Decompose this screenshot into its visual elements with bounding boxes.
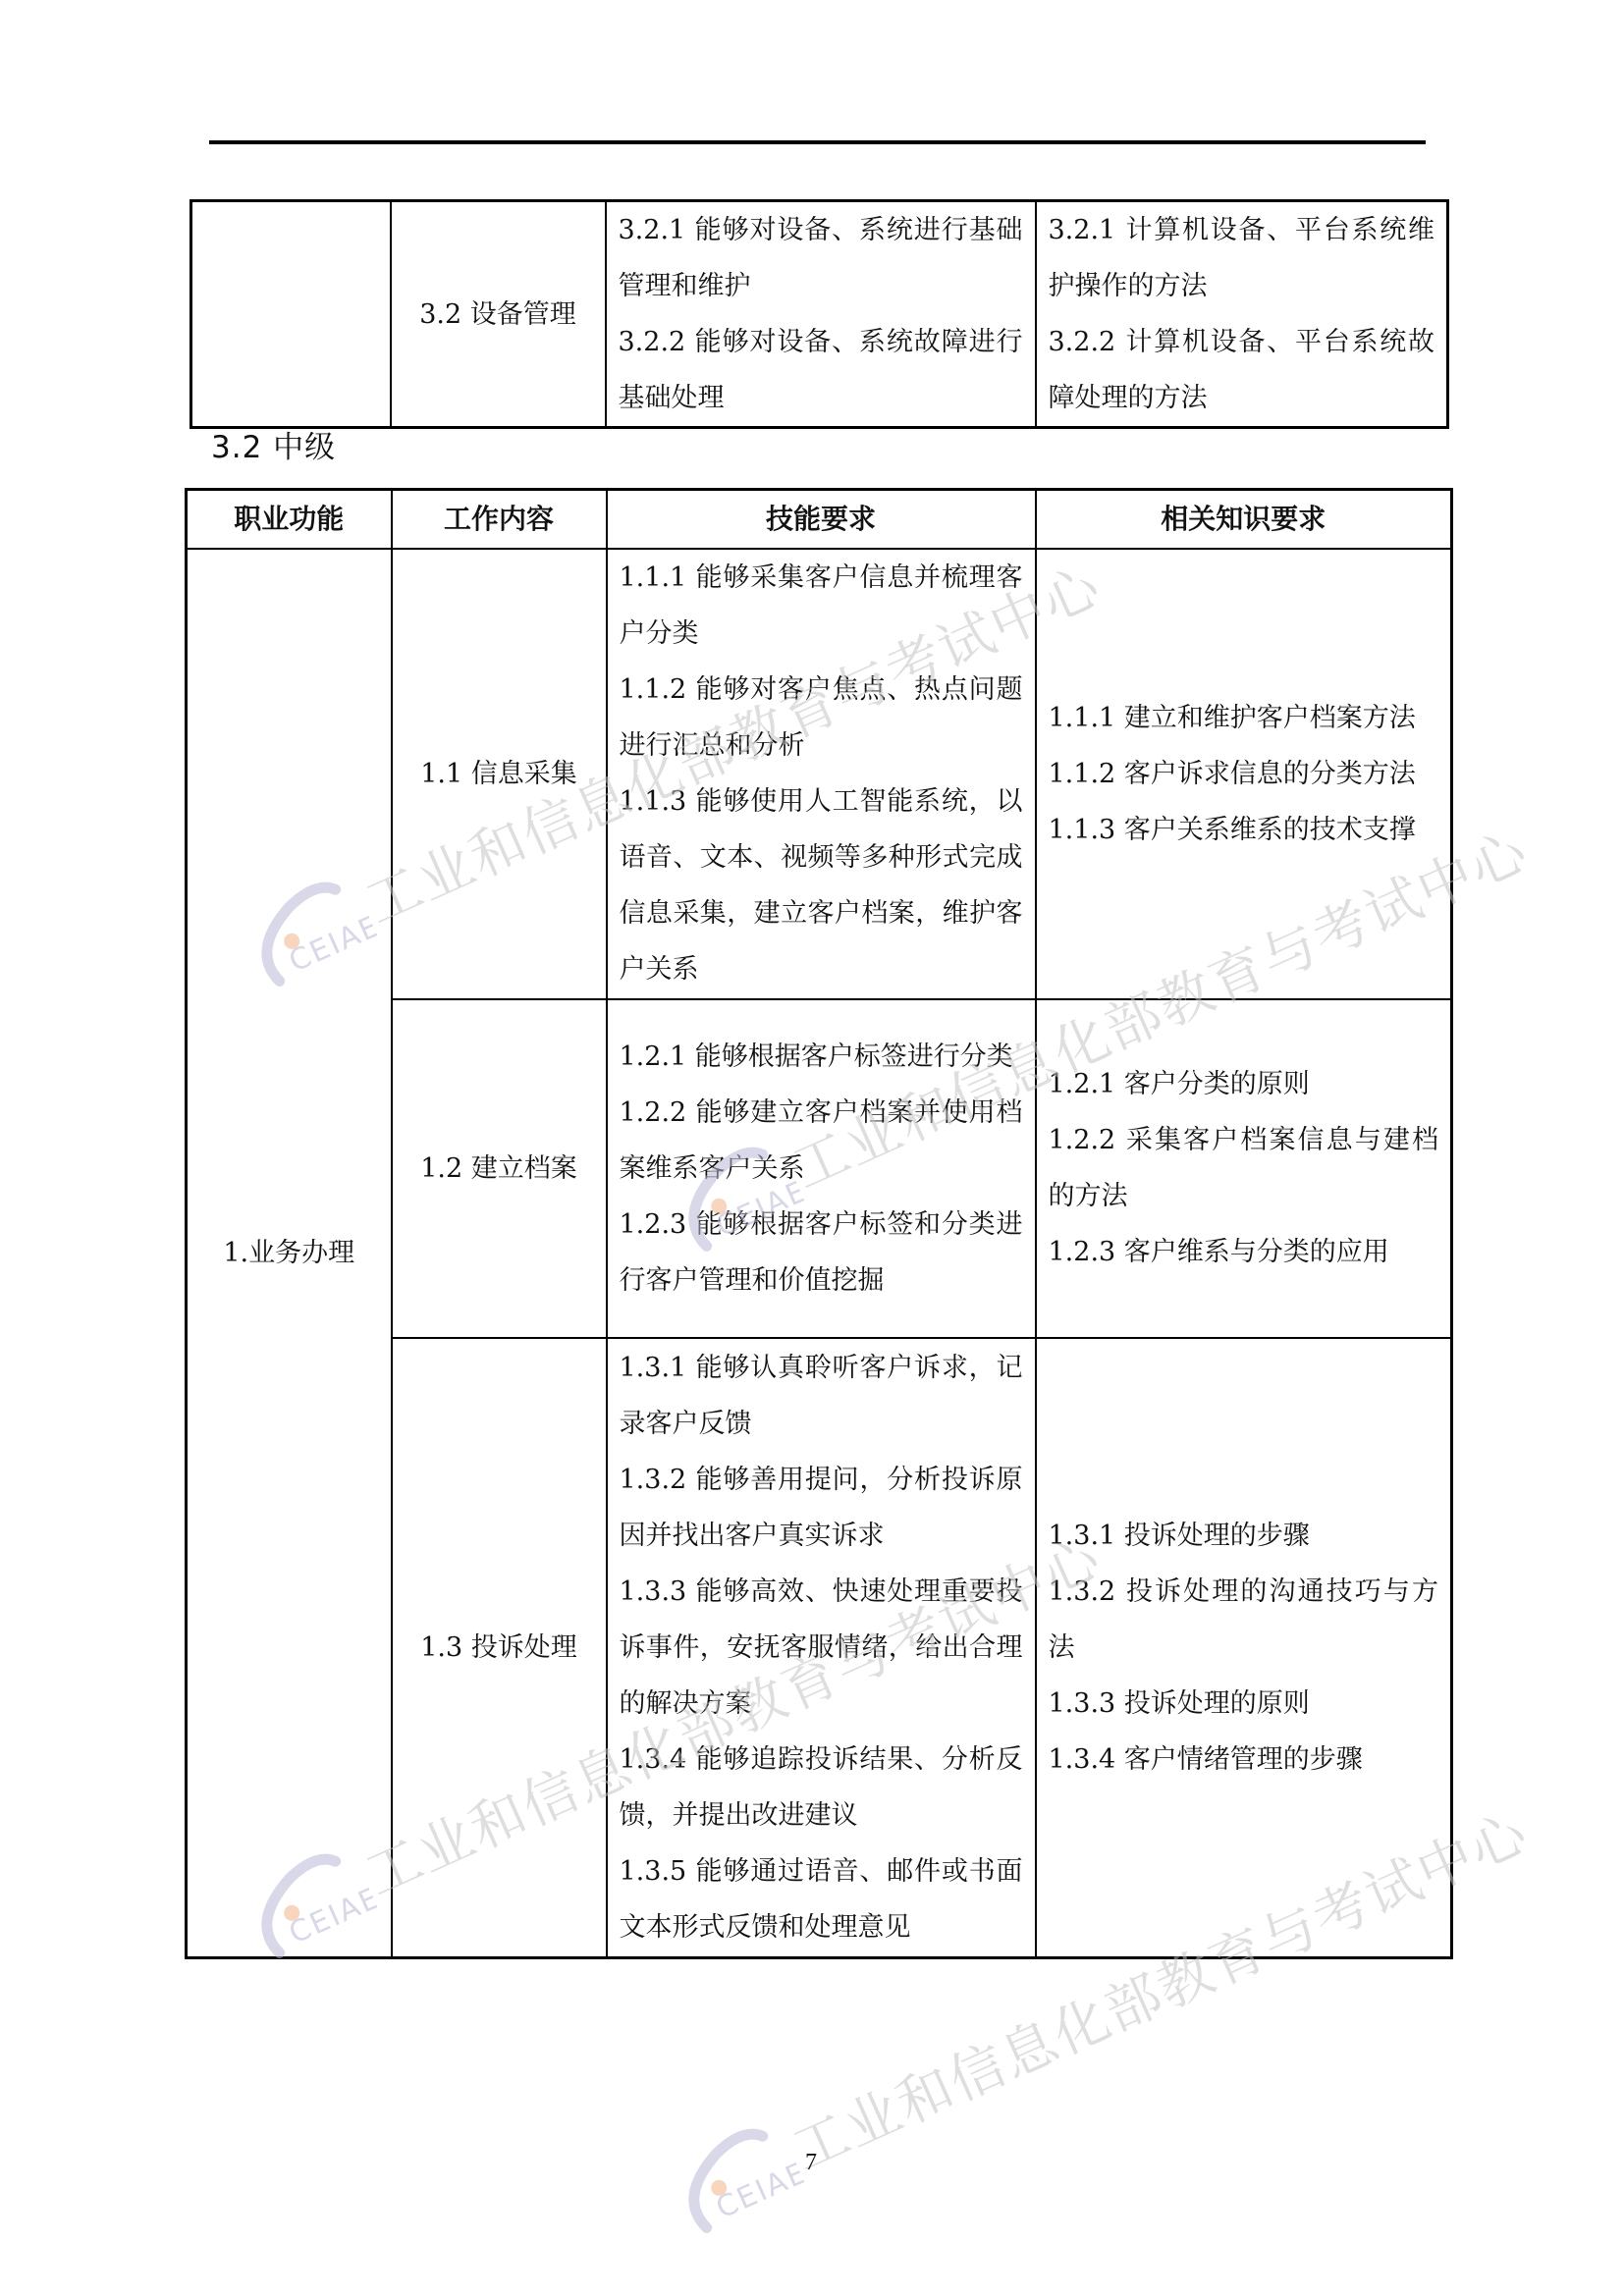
knowledge-item: 1.3.1 投诉处理的步骤: [1049, 1508, 1439, 1564]
skill-item: 1.3.2 能够善用提问，分析投诉原因并找出客户真实诉求: [620, 1452, 1023, 1564]
knowledge-item: 3.2.2 计算机设备、平台系统故障处理的方法: [1049, 314, 1435, 426]
table-header-row: 职业功能 工作内容 技能要求 相关知识要求: [187, 490, 1452, 549]
header-rule: [209, 140, 1426, 144]
function-cell: [191, 201, 391, 428]
knowledge-cell: 1.3.1 投诉处理的步骤 1.3.2 投诉处理的沟通技巧与方法 1.3.3 投…: [1036, 1338, 1452, 1958]
skill-item: 1.1.2 能够对客户焦点、热点问题进行汇总和分析: [620, 662, 1023, 774]
svg-text:CEIAEC: CEIAEC: [711, 2146, 809, 2225]
skills-cell: 1.1.1 能够采集客户信息并梳理客户分类 1.1.2 能够对客户焦点、热点问题…: [607, 549, 1036, 999]
work-content-cell: 1.2 建立档案: [392, 999, 607, 1338]
header-knowledge: 相关知识要求: [1036, 490, 1452, 549]
skill-item: 1.2.3 能够根据客户标签和分类进行客户管理和价值挖掘: [620, 1197, 1023, 1308]
skill-item: 1.3.5 能够通过语音、邮件或书面文本形式反馈和处理意见: [620, 1843, 1023, 1955]
function-cell: 1.业务办理: [187, 549, 392, 1958]
work-content-cell: 1.1 信息采集: [392, 549, 607, 999]
ceiaec-logo-icon: CEIAEC: [657, 2112, 815, 2258]
page-number: 7: [805, 2150, 817, 2176]
skills-cell: 1.2.1 能够根据客户标签进行分类 1.2.2 能够建立客户档案并使用档案维系…: [607, 999, 1036, 1338]
knowledge-item: 1.3.2 投诉处理的沟通技巧与方法: [1049, 1564, 1439, 1676]
header-skills: 技能要求: [607, 490, 1036, 549]
skill-item: 1.3.3 能够高效、快速处理重要投诉事件，安抚客服情绪，给出合理的解决方案: [620, 1564, 1023, 1732]
table-row: 3.2 设备管理 3.2.1 能够对设备、系统进行基础管理和维护 3.2.2 能…: [191, 201, 1448, 428]
work-content-cell: 3.2 设备管理: [391, 201, 606, 428]
knowledge-item: 1.2.1 客户分类的原则: [1049, 1056, 1439, 1112]
previous-level-table: 3.2 设备管理 3.2.1 能够对设备、系统进行基础管理和维护 3.2.2 能…: [189, 199, 1449, 429]
knowledge-item: 1.1.1 建立和维护客户档案方法: [1049, 690, 1439, 746]
knowledge-cell: 1.1.1 建立和维护客户档案方法 1.1.2 客户诉求信息的分类方法 1.1.…: [1036, 549, 1452, 999]
skills-cell: 3.2.1 能够对设备、系统进行基础管理和维护 3.2.2 能够对设备、系统故障…: [606, 201, 1036, 428]
skills-cell: 1.3.1 能够认真聆听客户诉求，记录客户反馈 1.3.2 能够善用提问，分析投…: [607, 1338, 1036, 1958]
knowledge-item: 1.1.2 客户诉求信息的分类方法: [1049, 746, 1439, 802]
knowledge-item: 1.3.3 投诉处理的原则: [1049, 1676, 1439, 1732]
skill-item: 1.3.4 能够追踪投诉结果、分析反馈，并提出改进建议: [620, 1732, 1023, 1843]
skill-item: 1.2.2 能够建立客户档案并使用档案维系客户关系: [620, 1085, 1023, 1197]
skill-item: 1.3.1 能够认真聆听客户诉求，记录客户反馈: [620, 1340, 1023, 1452]
header-function: 职业功能: [187, 490, 392, 549]
knowledge-item: 1.3.4 客户情绪管理的步骤: [1049, 1732, 1439, 1788]
skill-item: 1.1.1 能够采集客户信息并梳理客户分类: [620, 550, 1023, 662]
skill-item: 1.2.1 能够根据客户标签进行分类: [620, 1029, 1023, 1085]
skill-item: 3.2.1 能够对设备、系统进行基础管理和维护: [619, 202, 1023, 314]
work-content-cell: 1.3 投诉处理: [392, 1338, 607, 1958]
knowledge-item: 1.1.3 客户关系维系的技术支撑: [1049, 802, 1439, 858]
knowledge-item: 1.2.2 采集客户档案信息与建档的方法: [1049, 1112, 1439, 1224]
skill-item: 3.2.2 能够对设备、系统故障进行基础处理: [619, 314, 1023, 426]
knowledge-item: 3.2.1 计算机设备、平台系统维护操作的方法: [1049, 202, 1435, 314]
knowledge-cell: 1.2.1 客户分类的原则 1.2.2 采集客户档案信息与建档的方法 1.2.3…: [1036, 999, 1452, 1338]
section-heading: 3.2 中级: [211, 422, 336, 466]
skill-item: 1.1.3 能够使用人工智能系统，以语音、文本、视频等多种形式完成信息采集，建立…: [620, 774, 1023, 997]
header-work-content: 工作内容: [392, 490, 607, 549]
knowledge-item: 1.2.3 客户维系与分类的应用: [1049, 1224, 1439, 1280]
table-row: 1.业务办理 1.1 信息采集 1.1.1 能够采集客户信息并梳理客户分类 1.…: [187, 549, 1452, 999]
knowledge-cell: 3.2.1 计算机设备、平台系统维护操作的方法 3.2.2 计算机设备、平台系统…: [1036, 201, 1448, 428]
intermediate-level-table: 职业功能 工作内容 技能要求 相关知识要求 1.业务办理 1.1 信息采集 1.…: [185, 488, 1453, 1959]
